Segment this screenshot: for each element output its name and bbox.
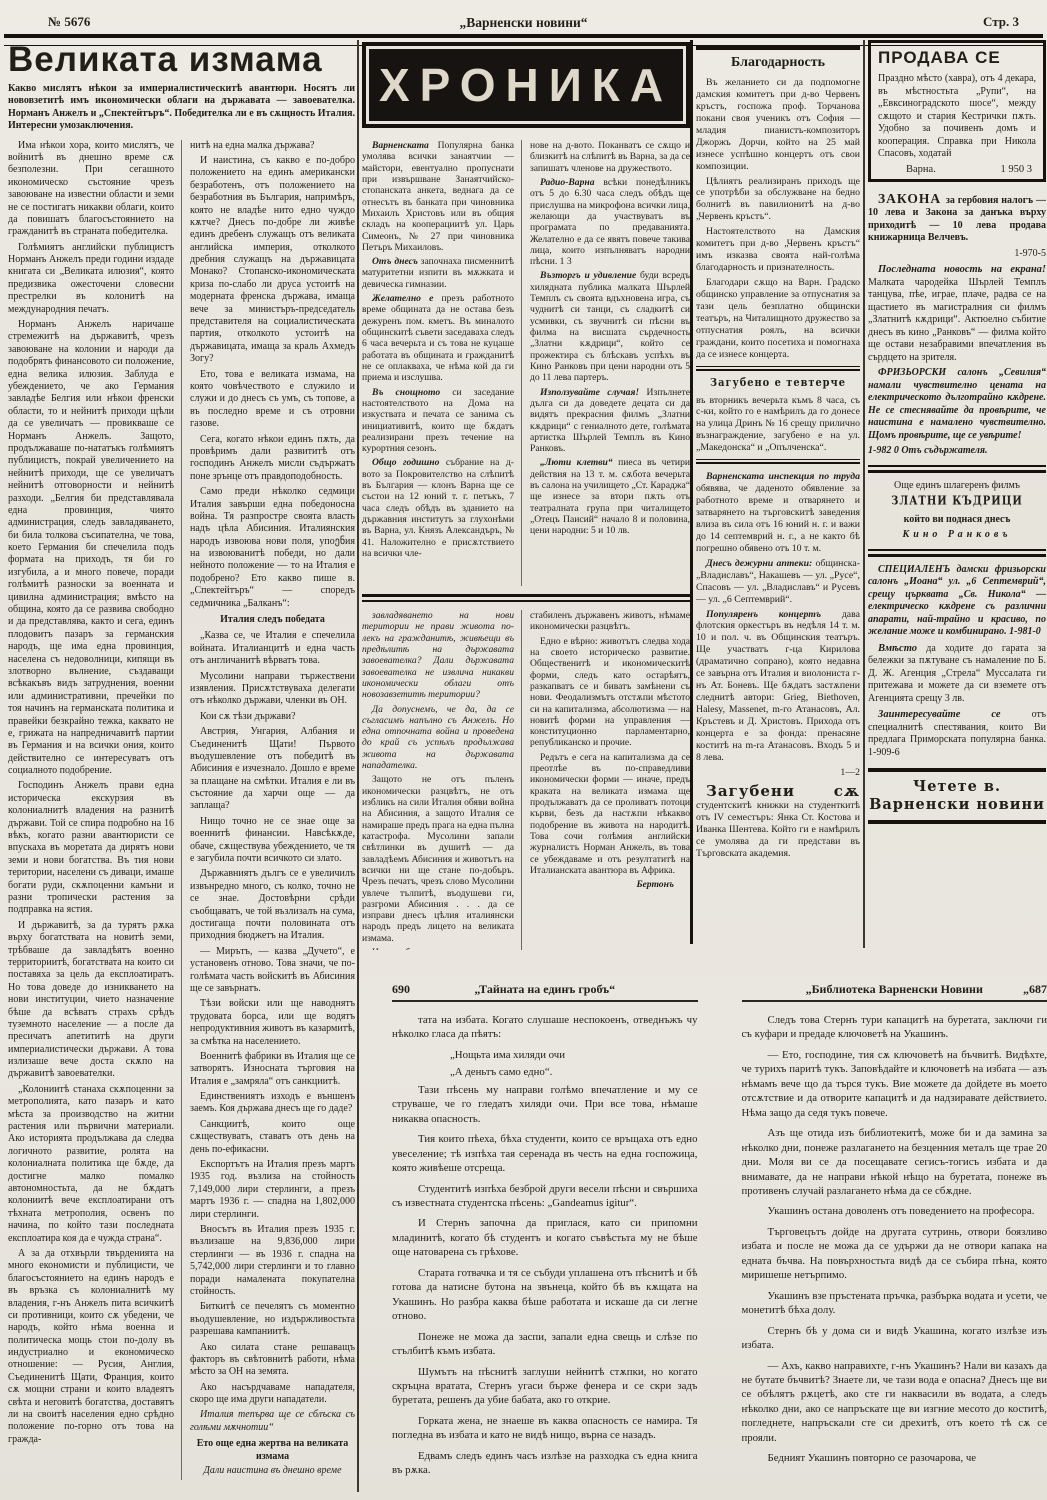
feuilleton-paragraph: Укашинъ остана доволенъ отъ поведението … xyxy=(742,1204,1047,1218)
feuilleton-paragraph: Шумътъ на пѣснитѣ заглуши нейнитѣ стѫпки… xyxy=(392,1365,698,1408)
feuilleton-paragraph: Бедният Укашинъ повторно се разочарова, … xyxy=(742,1451,1047,1465)
news-briefs-column: Благодарность Въ желанието си да подпомо… xyxy=(696,46,860,949)
classified-ad: СПЕЦИАЛЕНЪ дамски фризьорски салонъ „Иоа… xyxy=(868,564,1046,639)
chronicle-item: нове на д-вото. Поканватъ се сѫщо и близ… xyxy=(530,140,690,174)
article-paragraph: Санкциитѣ, които още сѫществуватъ, става… xyxy=(190,1119,355,1156)
feuilleton-paragraph: Тия които пѣеха, бѣха студенти, които се… xyxy=(392,1132,698,1175)
feuilleton-paragraph: Понеже не можа да заспи, запали една све… xyxy=(392,1330,698,1359)
feuilleton-paragraph: Старата готвачка и тя се събуди уплашена… xyxy=(392,1266,698,1324)
article-paragraph: Само преди нѣколко седмици Италия завърш… xyxy=(190,486,355,610)
classified-ads-upper: ЗАКОНА за гербовия налогъ — 10 лева и За… xyxy=(868,191,1046,458)
news-brief xyxy=(696,459,860,464)
news-brief: Цѣлиятъ реализиранъ приходъ ще се употрѣ… xyxy=(696,176,860,224)
item-lead: Заинтересувайте се xyxy=(878,709,1032,720)
article-paragraph: Ето, това е великата измама, на която чо… xyxy=(190,369,355,431)
feuilleton-right-page: „Библиотека Варненски Новини „687 Следъ … xyxy=(742,982,1047,1485)
news-brief: 1—2 xyxy=(696,767,860,779)
feuilleton-paragraph: Укашинъ взе пръстената пръчка, разбърка … xyxy=(742,1289,1047,1318)
feuilleton-paragraph: Азъ ще отида изъ библиотекитѣ, може би и… xyxy=(742,1126,1047,1198)
article-paragraph: нитѣ на една малка държава? xyxy=(190,140,355,152)
column-rule xyxy=(357,40,359,1492)
feuilleton-series-title: „Библиотека Варненски Новини xyxy=(776,982,1014,997)
item-lead: СПЕЦИАЛЕНЪ дамски xyxy=(878,564,995,575)
cinema-ad-line: който ви поднася днесъ xyxy=(868,514,1046,527)
article-paragraph: Господинъ Анжелъ прави една историческа … xyxy=(8,780,174,916)
classified-ad: ФРИЗЬОРСКИ салонъ „Севилия“ намали чувст… xyxy=(868,367,1046,442)
article-paragraph: Ако насърдчаваме нападателя, скоро ще им… xyxy=(190,1382,355,1407)
article-paragraph: завладяването на нови територии не прави… xyxy=(362,610,514,701)
page-number: Стр. 3 xyxy=(983,14,1019,30)
cinema-ad: Още единъ шлагеренъ филмъ ЗЛАТНИ КЪДРИЦИ… xyxy=(868,480,1046,542)
feuilleton-paragraph: И Стернъ започна да приглася, като си пр… xyxy=(392,1216,698,1259)
classified-ad: Заинтересувайте се отъ специалнитѣ спест… xyxy=(868,708,1046,759)
newspaper-page: № 5676 „Варненски новини“ Стр. 3 Великат… xyxy=(0,0,1047,1500)
chronicle-item: Радио-Варна всѣки понедѣлникъ отъ 5 до 6… xyxy=(530,177,690,268)
chronicle-item: Варненската Популярна банка умолява всич… xyxy=(362,140,514,253)
article-paragraph: Има нѣкои хора, които мислятъ, че войнит… xyxy=(8,140,174,239)
lead-article-column-1: Има нѣкои хора, които мислятъ, че войнит… xyxy=(8,140,174,1480)
read-newspaper-banner-text: Четете в. Варненски новини xyxy=(869,778,1045,813)
feuilleton-paragraph: Следъ това Стернъ тури капацитѣ на бурет… xyxy=(742,1013,1047,1042)
feuilleton-paragraph: „А деньтъ само едно“. xyxy=(450,1065,698,1079)
thanks-headline: Благодарность xyxy=(696,55,860,71)
article-paragraph: Биткитѣ се печелятъ съ моментно въодушев… xyxy=(190,1301,355,1338)
item-lead: Последната новость на екрана! xyxy=(878,264,1046,275)
cinema-name: Кино Ранковъ xyxy=(868,529,1046,542)
ad-divider xyxy=(868,465,1046,473)
feuilleton: 690 „Тайната на единъ гробъ“ тата на изб… xyxy=(392,982,1047,1485)
article-paragraph: стабиленъ държавенъ животъ, нѣмаме иконо… xyxy=(530,610,690,633)
article-paragraph: Вносътъ въ Италия презъ 1935 г. възлизаш… xyxy=(190,1224,355,1298)
news-brief: Варненската инспекция по труда обявява, … xyxy=(696,471,860,555)
chronicle-item: Отъ днесъ започнаха писменнитѣ матуритет… xyxy=(362,256,514,290)
article-paragraph: Мусолини направи тържествени изявления. … xyxy=(190,671,355,708)
lead-article-continuation: завладяването на нови територии не прави… xyxy=(362,610,690,950)
news-brief: Настоятелството на Дамския комитетъ при … xyxy=(696,226,860,274)
item-lead: Отъ днесъ xyxy=(372,256,421,267)
item-lead: Радио-Варна xyxy=(540,177,603,188)
feuilleton-paragraph: Стернъ бѣ у дома си и видѣ Укашина, кога… xyxy=(742,1324,1047,1353)
sale-ad-footer: Варна. 1 950 3 xyxy=(878,164,1036,175)
article-paragraph: Експортътъ на Италия презъ мартъ 1935 го… xyxy=(190,1159,355,1221)
article-paragraph: Ето още една жертва на великата измама xyxy=(190,1438,355,1463)
feuilleton-left-text: тата на избата. Когато слушаше неспокоен… xyxy=(392,1013,698,1485)
lead-subhead: Какво мислятъ нѣкои за империалистически… xyxy=(8,83,355,133)
article-paragraph: „Колониитѣ станаха скѫпоценни за метропо… xyxy=(8,1084,174,1245)
sale-ad: ПРОДАВА СЕ Праздно мѣсто (хавра), отъ 4 … xyxy=(868,40,1046,182)
lead-article-column-2: нитѣ на една малка държава?И наистина, с… xyxy=(181,140,355,1480)
article-paragraph: „Казва се, че Италия е спечелила войната… xyxy=(190,630,355,667)
item-lead: Въ снощното xyxy=(372,387,452,398)
item-lead: Варненската инспекция по труда xyxy=(706,471,860,482)
article-paragraph: Голѣмиятъ английски публицистъ Норманъ А… xyxy=(8,242,174,316)
chronicle-banner: ХРОНИКА xyxy=(362,42,690,128)
classified-ad: 1-970-5 xyxy=(868,248,1046,261)
article-paragraph: Австрия, Унгария, Албания и Съединенитѣ … xyxy=(190,726,355,813)
feuilleton-paragraph: „Нощьта има хиляди очи xyxy=(450,1048,698,1062)
item-lead: ФРИЗЬОРСКИ салонъ xyxy=(878,367,999,378)
continuation-column-2: стабиленъ държавенъ животъ, нѣмаме иконо… xyxy=(521,610,690,950)
news-brief: Загубени сѫ студентскитѣ книжки на студе… xyxy=(696,782,860,860)
article-paragraph: Италия следъ победата xyxy=(190,614,355,626)
classified-ad: 1-982 0 Отъ съдържателя. xyxy=(868,445,1046,458)
article-paragraph: Нищо точно не се знае още за военнитѣ фи… xyxy=(190,816,355,866)
article-paragraph: И наистина, съ какво е по-добро положени… xyxy=(190,155,355,366)
film-title: ЗЛАТНИ КЪДРИЦИ xyxy=(868,495,1046,511)
column-rule xyxy=(690,40,693,944)
article-paragraph: Военнитѣ фабрики въ Италия ще се затворя… xyxy=(190,1051,355,1088)
news-brief: Загубено е тевтерче xyxy=(696,377,860,390)
article-paragraph: — Мирътъ, — казва „Дучето“, е установенъ… xyxy=(190,946,355,996)
sale-ad-body: Праздно мѣсто (хавра), отъ 4 декара, въ … xyxy=(878,73,1036,161)
news-brief: Популяренъ концертъ дава флотския оркест… xyxy=(696,609,860,764)
feuilleton-paragraph: Тази пѣсень му направи голѣмо впечатлени… xyxy=(392,1083,698,1126)
feuilleton-paragraph: — Ето, господине, тия сѫ ключоветѣ на бъ… xyxy=(742,1048,1047,1120)
classified-ads-lower: СПЕЦИАЛЕНЪ дамски фризьорски салонъ „Иоа… xyxy=(868,564,1046,760)
article-paragraph: И държавитѣ, за да турятъ рѫка върху бог… xyxy=(8,920,174,1081)
feuilleton-right-header: „Библиотека Варненски Новини „687 xyxy=(742,982,1047,1002)
article-paragraph: Тѣзи войски или ще наводнятъ трудовата б… xyxy=(190,998,355,1048)
chronicle-body: Варненската Популярна банка умолява всич… xyxy=(362,140,690,586)
chronicle-column-2: нове на д-вото. Поканватъ се сѫщо и близ… xyxy=(521,140,690,586)
article-paragraph: Норманъ Анжелъ наричаше стремежитѣ на дъ… xyxy=(8,319,174,777)
chronicle-section: ХРОНИКА Варненската Популярна банка умол… xyxy=(362,42,690,950)
item-lead: Вмѣсто xyxy=(878,643,926,654)
feuilleton-left-page: 690 „Тайната на единъ гробъ“ тата на изб… xyxy=(392,982,698,1485)
chronicle-banner-text: ХРОНИКА xyxy=(369,49,683,121)
read-newspaper-banner: Четете в. Варненски новини xyxy=(868,768,1046,824)
feuilleton-paragraph: Едвамъ следъ единъ часъ излѣзе на разход… xyxy=(392,1449,698,1478)
lead-article: Великата измама Какво мислятъ нѣкои за и… xyxy=(8,40,355,1480)
article-paragraph: А за да отхвърли твърденията на много ек… xyxy=(8,1248,174,1446)
item-lead: „Люти клетви“ xyxy=(540,457,618,468)
item-lead: Използувайте случая! xyxy=(540,387,647,398)
sale-ad-place: Варна. xyxy=(906,164,936,175)
newspaper-title: „Варненски новини“ xyxy=(0,15,1047,31)
feuilleton-paragraph: Търговецътъ дойде на другата сутринь, от… xyxy=(742,1225,1047,1283)
item-lead: Днесъ дежурни аптеки: xyxy=(706,558,816,569)
article-paragraph: Да допуснемъ, че да, да се съгласимъ нап… xyxy=(362,704,514,772)
lead-article-body: Има нѣкои хора, които мислятъ, че войнит… xyxy=(8,140,355,1480)
feuilleton-paragraph: Студентитѣ изпѣха безброй други весели п… xyxy=(392,1182,698,1211)
ads-column: ПРОДАВА СЕ Праздно мѣсто (хавра), отъ 4 … xyxy=(868,40,1046,948)
item-lead: Общо годишно xyxy=(372,457,446,468)
feuilleton-paragraph: Горката жена, не знаеше въ каква опаснос… xyxy=(392,1414,698,1443)
article-paragraph: Едно е вѣрно: животътъ следва хода на св… xyxy=(530,636,690,749)
sale-ad-ref: 1 950 3 xyxy=(1001,164,1033,175)
chronicle-item: Общо годишно събрание на д-вото за Покро… xyxy=(362,457,514,559)
article-paragraph: Редътъ е сега на капитализма да се преот… xyxy=(530,752,690,876)
lead-headline: Великата измама xyxy=(8,40,355,80)
news-brief: Въ желанието си да подпомогне дамския ко… xyxy=(696,77,860,173)
chronicle-item: „Люти клетви“ пиеса въ четири действия н… xyxy=(530,457,690,536)
news-brief: Благодари сѫщо на Варн. Градско общинско… xyxy=(696,277,860,361)
article-paragraph: Дали наистина въ днешно време xyxy=(190,1465,355,1477)
article-paragraph: Бертонъ xyxy=(530,879,690,890)
article-paragraph: Италия тепърва ще се сблъска съ голѣми м… xyxy=(190,1409,355,1434)
feuilleton-left-header: 690 „Тайната на единъ гробъ“ xyxy=(392,982,698,1002)
sale-ad-title: ПРОДАВА СЕ xyxy=(878,48,1036,68)
article-paragraph: Сега, когато нѣкои единъ пѫть, да провѣр… xyxy=(190,434,355,484)
chronicle-item: Използувайте случая! Изпълнете дълга си … xyxy=(530,387,690,455)
article-paragraph: Защото не отъ пъленъ икономически разцвѣ… xyxy=(362,774,514,944)
item-lead: Варненската xyxy=(372,140,438,151)
chronicle-item: Въ снощното си заседание настоятелството… xyxy=(362,387,514,455)
news-briefs-list: Въ желанието си да подпомогне дамския ко… xyxy=(696,77,860,860)
cinema-ad-line: Още единъ шлагеренъ филмъ xyxy=(868,480,1046,493)
classified-ad: ЗАКОНА за гербовия налогъ — 10 лева и За… xyxy=(868,191,1046,245)
item-lead: Възторгъ и удивление xyxy=(540,270,640,281)
item-lead: ЗАКОНА xyxy=(878,191,946,206)
feuilleton-page-number: 690 xyxy=(392,982,426,997)
item-lead: Популяренъ концертъ xyxy=(706,609,842,620)
feuilleton-title: „Тайната на единъ гробъ“ xyxy=(426,982,664,997)
article-paragraph: Имаме богати територии, имаме богати зем… xyxy=(362,947,514,950)
chronicle-item: Желателно е презъ работното време община… xyxy=(362,293,514,384)
feuilleton-paragraph: тата на избата. Когато слушаше неспокоен… xyxy=(392,1013,698,1042)
article-paragraph: Държавниятъ дългъ се е увеличилъ извънре… xyxy=(190,868,355,942)
news-brief: Днесъ дежурни аптеки: общинска-„Владисла… xyxy=(696,558,860,606)
ad-divider xyxy=(868,549,1046,557)
column-rule xyxy=(863,40,865,948)
feuilleton-right-text: Следъ това Стернъ тури капацитѣ на бурет… xyxy=(742,1013,1047,1485)
classified-ad: Последната новость на екрана! Малката ча… xyxy=(868,263,1046,364)
feuilleton-page-number: „687 xyxy=(1013,982,1047,997)
item-lead: Загубени сѫ xyxy=(706,782,860,800)
feuilleton-paragraph: — Ахъ, какво направихте, г-нъ Укашинъ? Н… xyxy=(742,1359,1047,1446)
chronicle-item: Възторгъ и удивление буди всредъ хилядна… xyxy=(530,270,690,383)
chronicle-column-1: Варненската Популярна банка умолява всич… xyxy=(362,140,514,586)
news-brief xyxy=(696,366,860,371)
article-paragraph: Кои сѫ тѣзи държави? xyxy=(190,711,355,723)
item-lead: Желателно е xyxy=(372,293,441,304)
continuation-column-1: завладяването на нови територии не прави… xyxy=(362,610,514,950)
article-paragraph: Ако силата стане решаващъ факторъ въ свѣ… xyxy=(190,1342,355,1379)
article-paragraph: Единствениятъ изходъ е външенъ заемъ. Ко… xyxy=(190,1091,355,1116)
news-brief: въ вторникъ вечерьта къмъ 8 часа, съ с-к… xyxy=(696,395,860,455)
section-divider xyxy=(362,594,690,602)
classified-ad: Вмѣсто да ходите до гарата за бележки за… xyxy=(868,642,1046,706)
